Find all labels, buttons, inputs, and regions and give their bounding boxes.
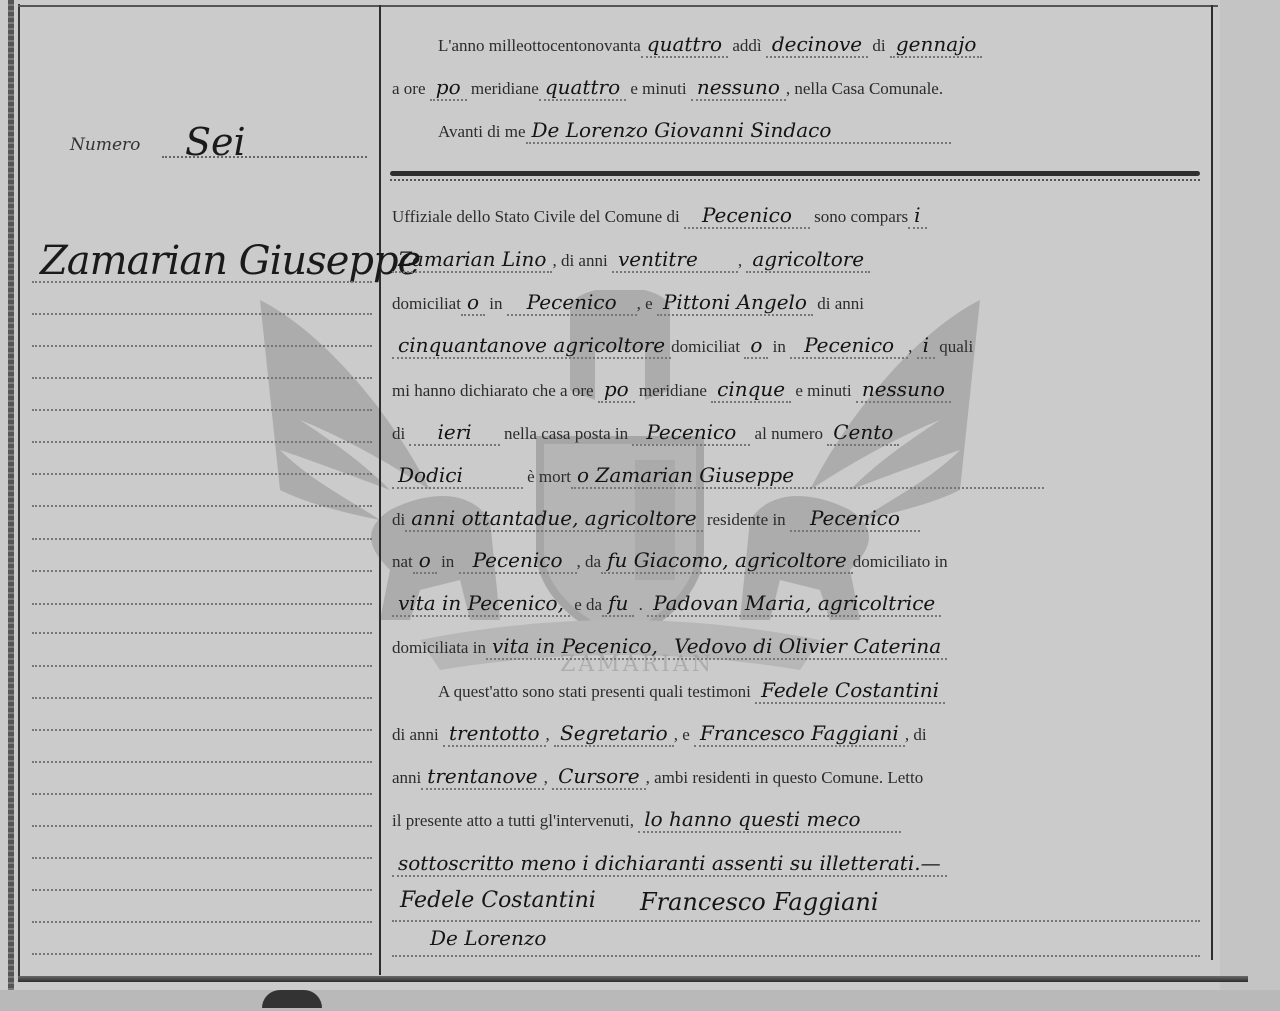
- section-divider: [390, 171, 1200, 176]
- printed-text: ,: [738, 251, 742, 270]
- printed-text: domiciliat: [671, 337, 740, 356]
- printed-text: , e: [637, 294, 653, 313]
- handwritten-field: fu Giacomo, agricoltore: [601, 548, 853, 574]
- printed-text: è mort: [527, 467, 571, 486]
- handwritten-field: Fedele Costantini: [755, 678, 945, 704]
- header-line-3: Avanti di meDe Lorenzo Giovanni Sindaco: [438, 118, 1246, 152]
- printed-text: , ambi residenti in questo Comune. Letto: [646, 768, 924, 787]
- printed-text: domiciliata in: [392, 638, 486, 657]
- margin-dotted-line: [32, 953, 372, 955]
- numero-label: Numero: [70, 135, 140, 155]
- printed-text: mi hanno dichiarato che a ore: [392, 381, 594, 400]
- body-line-6: di ieri nella casa posta in Pecenico al …: [392, 420, 1200, 454]
- printed-text: e da: [574, 595, 602, 614]
- body-line-14: annitrentanove, Cursore, ambi residenti …: [392, 764, 1200, 798]
- margin-dotted-line: [32, 729, 372, 731]
- signature-dotted-line: [392, 955, 1200, 957]
- printed-text: L'anno milleottocentonovanta: [438, 36, 641, 55]
- printed-text: Avanti di me: [438, 122, 526, 141]
- body-line-2: Zamarian Lino, di anni ventitre, agricol…: [392, 247, 1200, 281]
- handwritten-field: Dodici: [392, 463, 523, 489]
- printed-text: domiciliato in: [853, 552, 948, 571]
- body-line-13: di anni trentotto, Segretario, e Frances…: [392, 721, 1200, 755]
- handwritten-field: quattro: [539, 75, 626, 101]
- body-line-12: A quest'atto sono stati presenti quali t…: [438, 678, 1246, 712]
- margin-dotted-line: [32, 761, 372, 763]
- margin-dotted-line: [32, 377, 372, 379]
- printed-text: ,: [544, 768, 548, 787]
- printed-text: residente in: [707, 510, 786, 529]
- handwritten-field: ieri: [409, 420, 499, 446]
- printed-text: nat: [392, 552, 413, 571]
- handwritten-field: Segretario: [554, 721, 674, 747]
- margin-dotted-line: [32, 603, 372, 605]
- official-signature: De Lorenzo: [430, 926, 546, 950]
- margin-dotted-line: [32, 538, 372, 540]
- frame-bottom-border: [18, 976, 1248, 982]
- handwritten-field: po: [430, 75, 467, 101]
- printed-text: , di: [905, 725, 927, 744]
- body-line-9: nato in Pecenico, dafu Giacomo, agricolt…: [392, 548, 1200, 582]
- printed-text: a ore: [392, 79, 426, 98]
- margin-dotted-line: [32, 665, 372, 667]
- handwritten-field: sottoscritto meno i dichiaranti assenti …: [392, 851, 947, 877]
- printed-text: sono compars: [814, 207, 908, 226]
- printed-text: di: [872, 36, 885, 55]
- margin-dotted-line: [32, 409, 372, 411]
- printed-text: quali: [939, 337, 973, 356]
- printed-text: , di anni: [552, 251, 607, 270]
- margin-dotted-line: [32, 473, 372, 475]
- handwritten-field: Pecenico: [684, 203, 810, 229]
- handwritten-field: fu: [602, 591, 634, 617]
- header-line-1: L'anno milleottocentonovantaquattro addì…: [438, 32, 1246, 66]
- printed-text: , nella Casa Comunale.: [786, 79, 943, 98]
- body-line-15: il presente atto a tutti gl'intervenuti,…: [392, 807, 1200, 841]
- frame-left-border: [8, 0, 14, 990]
- margin-dotted-line: [32, 570, 372, 572]
- handwritten-field: Pecenico: [507, 290, 637, 316]
- printed-text: , da: [577, 552, 602, 571]
- witness-2-signature: Francesco Faggiani: [640, 888, 879, 916]
- binding-clip: [262, 990, 322, 1008]
- handwritten-field: nessuno: [691, 75, 786, 101]
- printed-text: di anni: [817, 294, 864, 313]
- handwritten-field: Cursore: [552, 764, 645, 790]
- printed-text: di: [392, 424, 405, 443]
- handwritten-field: o: [744, 333, 768, 359]
- handwritten-field: anni ottantadue, agricoltore: [405, 506, 702, 532]
- printed-text: domiciliat: [392, 294, 461, 313]
- handwritten-field: Cento: [827, 420, 899, 446]
- body-line-5: mi hanno dichiarato che a ore po meridia…: [392, 377, 1200, 411]
- printed-text: meridiane: [639, 381, 707, 400]
- handwritten-field: Pecenico: [459, 548, 577, 574]
- handwritten-field: quattro: [641, 32, 728, 58]
- margin-dotted-line: [32, 345, 372, 347]
- body-line-8: dianni ottantadue, agricoltore residente…: [392, 506, 1200, 540]
- bottom-edge: [0, 990, 1280, 1011]
- body-line-11: domiciliata invita in Pecenico, Vedovo d…: [392, 634, 1200, 668]
- handwritten-field: trentotto: [443, 721, 546, 747]
- body-line-7: Dodici è morto Zamarian Giuseppe: [392, 463, 1200, 497]
- margin-dotted-line: [32, 793, 372, 795]
- handwritten-field: De Lorenzo Giovanni Sindaco: [526, 118, 952, 144]
- printed-text: ,: [546, 725, 550, 744]
- printed-text: Uffiziale dello Stato Civile del Comune …: [392, 207, 680, 226]
- printed-text: di anni: [392, 725, 439, 744]
- printed-text: A quest'atto sono stati presenti quali t…: [438, 682, 751, 701]
- handwritten-field: Pecenico: [790, 333, 908, 359]
- handwritten-field: Vedovo di Olivier Caterina: [668, 634, 947, 660]
- body-line-10: vita in Pecenico, e dafu . Padovan Maria…: [392, 591, 1200, 625]
- numero-dotted-line: [162, 156, 367, 158]
- margin-dotted-line: [32, 632, 372, 634]
- handwritten-field: agricoltore: [746, 247, 870, 273]
- margin-dotted-line: [32, 505, 372, 507]
- margin-dotted-line: [32, 441, 372, 443]
- handwritten-field: Francesco Faggiani: [694, 721, 905, 747]
- printed-text: meridiane: [471, 79, 539, 98]
- handwritten-field: lo hanno questi meco: [638, 807, 900, 833]
- section-divider-dots: [390, 179, 1200, 181]
- handwritten-field: o: [413, 548, 437, 574]
- handwritten-field: Pittoni Angelo: [657, 290, 813, 316]
- printed-text: e minuti: [795, 381, 851, 400]
- handwritten-field: i: [908, 203, 926, 229]
- margin-dotted-line: [32, 921, 372, 923]
- margin-dotted-line: [32, 697, 372, 699]
- printed-text: nella casa posta in: [504, 424, 628, 443]
- handwritten-field: gennajo: [890, 32, 983, 58]
- signature-dotted-line: [392, 920, 1200, 922]
- handwritten-field: nessuno: [856, 377, 951, 403]
- margin-dotted-line: [32, 281, 372, 283]
- handwritten-field: vita in Pecenico,: [392, 591, 570, 617]
- handwritten-field: cinque: [711, 377, 791, 403]
- handwritten-field: Zamarian Lino: [392, 247, 552, 273]
- column-divider: [379, 5, 381, 975]
- handwritten-field: o: [461, 290, 485, 316]
- handwritten-field: vita in Pecenico,: [486, 634, 664, 660]
- deceased-margin-name: Zamarian Giuseppe: [40, 238, 420, 284]
- handwritten-field: decinove: [766, 32, 868, 58]
- printed-text: in: [441, 552, 454, 571]
- margin-dotted-line: [32, 825, 372, 827]
- handwritten-field: o Zamarian Giuseppe: [571, 463, 1044, 489]
- printed-text: .: [639, 595, 643, 614]
- printed-text: il presente atto a tutti gl'intervenuti,: [392, 811, 634, 830]
- printed-text: addì: [732, 36, 761, 55]
- printed-text: di: [392, 510, 405, 529]
- margin-dotted-line: [32, 313, 372, 315]
- printed-text: al numero: [755, 424, 823, 443]
- printed-text: in: [773, 337, 786, 356]
- handwritten-field: ventitre: [612, 247, 738, 273]
- witness-1-signature: Fedele Costantini: [400, 888, 596, 913]
- printed-text: e minuti: [630, 79, 686, 98]
- printed-text: anni: [392, 768, 421, 787]
- printed-text: , e: [674, 725, 690, 744]
- printed-text: ,: [908, 337, 912, 356]
- body-line-16: sottoscritto meno i dichiaranti assenti …: [392, 851, 1200, 885]
- handwritten-field: po: [598, 377, 635, 403]
- handwritten-field: Pecenico: [790, 506, 920, 532]
- handwritten-field: Padovan Maria, agricoltrice: [647, 591, 941, 617]
- body-line-1: Uffiziale dello Stato Civile del Comune …: [392, 203, 1200, 237]
- frame-left-line: [18, 4, 20, 979]
- body-line-4: cinquantanove agricoltoredomiciliat o in…: [392, 333, 1200, 367]
- margin-dotted-line: [32, 857, 372, 859]
- body-line-3: domiciliato in Pecenico, e Pittoni Angel…: [392, 290, 1200, 324]
- handwritten-field: cinquantanove agricoltore: [392, 333, 671, 359]
- handwritten-field: i: [917, 333, 935, 359]
- handwritten-field: trentanove: [421, 764, 543, 790]
- printed-text: in: [489, 294, 502, 313]
- header-line-2: a ore po meridianequattro e minuti nessu…: [392, 75, 1200, 109]
- handwritten-field: Pecenico: [632, 420, 750, 446]
- margin-dotted-line: [32, 889, 372, 891]
- frame-top-border: [18, 5, 1218, 7]
